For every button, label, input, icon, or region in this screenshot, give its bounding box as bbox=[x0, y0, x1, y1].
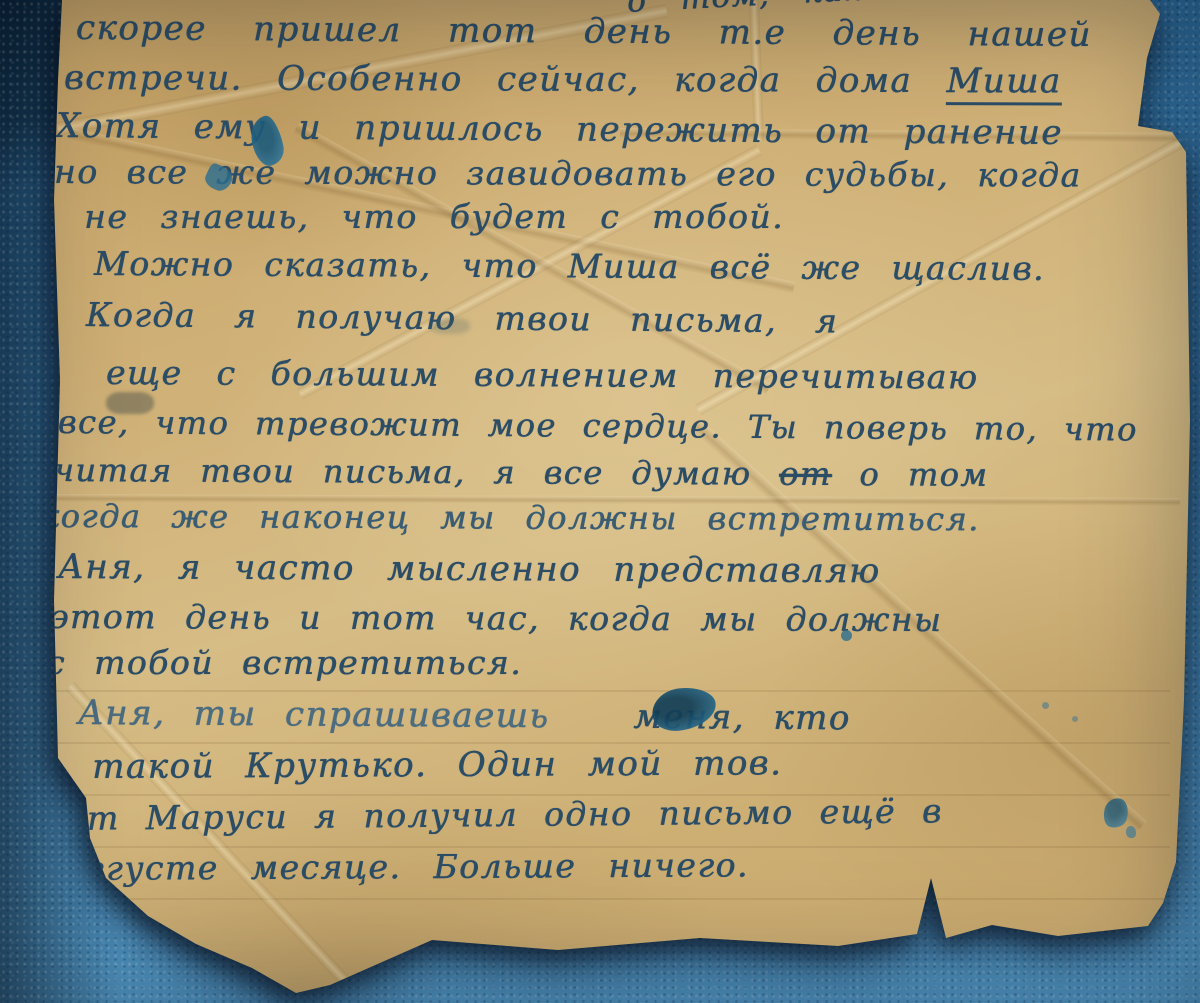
letter-line: Аня, ты спрашиваешьменя, кто bbox=[78, 693, 851, 738]
letter-line: все, что тревожит мое сердце. Ты поверь … bbox=[58, 403, 1138, 449]
letter-line: не знаешь, что будет с тобой. bbox=[84, 197, 784, 236]
letter-line: встречи. Особенно сейчас, когда дома Миш… bbox=[64, 58, 1062, 101]
paper-shadow-wrap: о том, как бы скорее пришел тот день т.е… bbox=[0, 0, 1200, 1003]
letter-line: Можно сказать, что Миша всё же щаслив. bbox=[94, 244, 1045, 288]
letter-line: Хотя ему и пришлось пережить от ранение bbox=[56, 106, 1063, 153]
letter-line: скорее пришел тот день т.е день нашей bbox=[76, 8, 1092, 55]
underlined-word: Миша bbox=[946, 61, 1061, 105]
struck-through-word: от bbox=[779, 455, 832, 493]
letter-line: еще с большим волнением перечитываю bbox=[106, 353, 979, 397]
letter-line: этот день и тот час, когда мы должны bbox=[50, 597, 943, 639]
letter-line: с тобой встретиться. bbox=[46, 643, 522, 682]
letter-line: но все же можно завидовать его судьбы, к… bbox=[54, 152, 1082, 195]
letter-line: читая твои письма, я все думаю от о том bbox=[54, 451, 989, 494]
letter-line: августе месяце. Больше ничего. bbox=[64, 845, 749, 888]
letter-paper: о том, как бы скорее пришел тот день т.е… bbox=[0, 0, 1200, 1003]
letter-line: когда же наконец мы должны встретиться. bbox=[40, 497, 980, 538]
letter-line: Аня, я часто мысленно представляю bbox=[58, 547, 881, 591]
ink-blot-gap bbox=[549, 727, 633, 728]
letter-line: От Маруси я получил одно письмо ещё в bbox=[58, 791, 943, 838]
letter-line: Когда я получаю твои письма, я bbox=[86, 295, 839, 341]
letter-line: такой Крутько. Один мой тов. bbox=[92, 743, 782, 787]
photo-of-handwritten-letter: о том, как бы скорее пришел тот день т.е… bbox=[0, 0, 1200, 1003]
